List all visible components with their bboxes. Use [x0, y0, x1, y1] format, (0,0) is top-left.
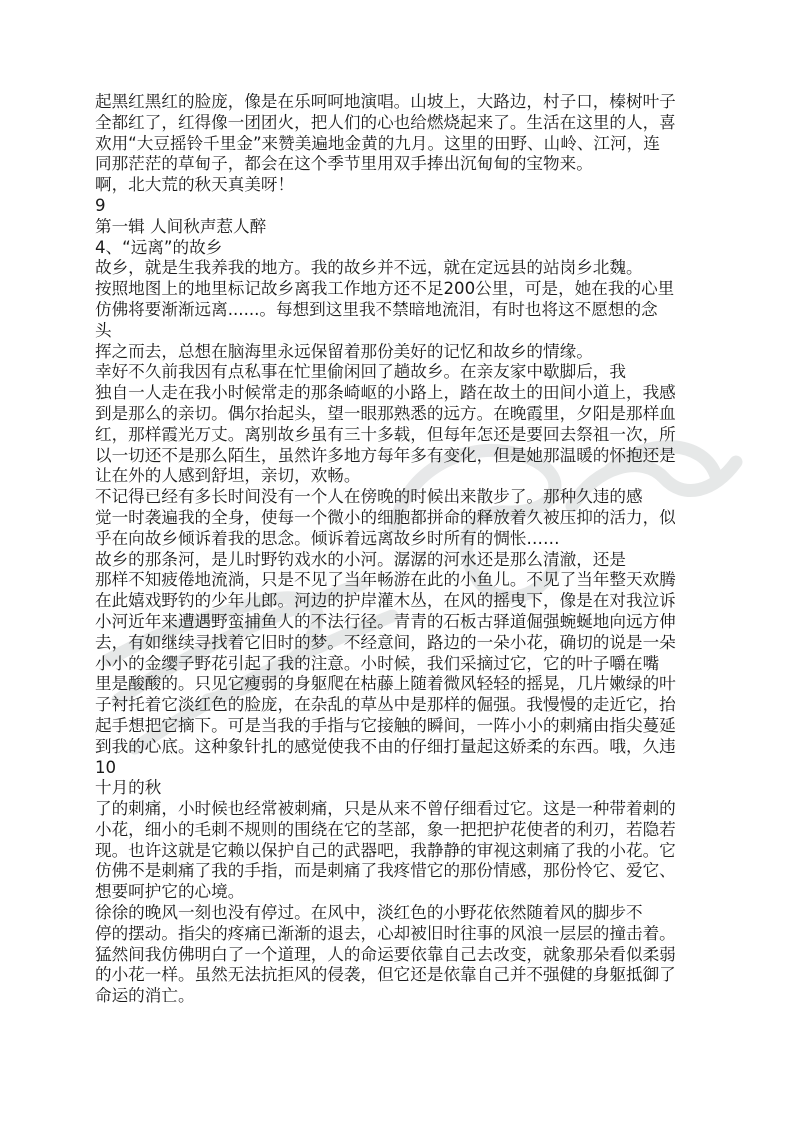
text-line: 起黑红黑红的脸庞，像是在乐呵呵地演唱。山坡上，大路边，村子口，榛树叶子	[95, 92, 711, 113]
text-line: 想要呵护它的心境。	[95, 882, 711, 903]
text-line: 猛然间我仿佛明白了一个道理，人的命运要依靠自己去改变，就象那朵看似柔弱	[95, 945, 711, 966]
section-heading: 第一辑 人间秋声惹人醉	[95, 217, 711, 238]
text-line: 到是那么的亲切。偶尔抬起头，望一眼那熟悉的远方。在晚霞里，夕阳是那样血	[95, 404, 711, 425]
text-line: 欢用“大豆摇铃千里金”来赞美遍地金黄的九月。这里的田野、山岭、江河，连	[95, 134, 711, 155]
text-line: 仿佛将要渐渐远离......。每想到这里我不禁暗地流泪，有时也将这不愿想的念	[95, 300, 711, 321]
book-title: 十月的秋	[95, 778, 711, 799]
text-line: 觉一时袭遍我的全身，使每一个微小的细胞都拼命的释放着久被压抑的活力，似	[95, 508, 711, 529]
text-line: 故乡，就是生我养我的地方。我的故乡并不远，就在定远县的站岗乡北魏。	[95, 258, 711, 279]
text-line: 挥之而去，总想在脑海里永远保留着那份美好的记忆和故乡的情缘。	[95, 342, 711, 363]
text-line: 了的刺痛，小时候也经常被刺痛，只是从来不曾仔细看过它。这是一种带着刺的	[95, 799, 711, 820]
text-line: 头	[95, 321, 711, 342]
text-line: 让在外的人感到舒坦，亲切，欢畅。	[95, 466, 711, 487]
text-line: 到我的心底。这种象针扎的感觉使我不由的仔细打量起这娇柔的东西。哦，久违	[95, 737, 711, 758]
text-line: 的小花一样。虽然无法抗拒风的侵袭，但它还是依靠自己并不强健的身躯抵御了	[95, 965, 711, 986]
text-line: 那样不知疲倦地流淌，只是不见了当年畅游在此的小鱼儿。不见了当年整天欢腾	[95, 570, 711, 591]
text-line: 停的摆动。指尖的疼痛已渐渐的退去，心却被旧时往事的风浪一层层的撞击着。	[95, 924, 711, 945]
text-line: 仿佛不是刺痛了我的手指，而是刺痛了我疼惜它的那份情感，那份怜它、爱它、	[95, 861, 711, 882]
text-line: 同那茫茫的草甸子，都会在这个季节里用双手捧出沉甸甸的宝物来。	[95, 154, 711, 175]
document-page: 起黑红黑红的脸庞，像是在乐呵呵地演唱。山坡上，大路边，村子口，榛树叶子 全都红了…	[0, 0, 793, 1122]
text-line: 起手想把它摘下。可是当我的手指与它接触的瞬间，一阵小小的刺痛由指尖蔓延	[95, 716, 711, 737]
text-line: 在此嬉戏野钓的少年儿郎。河边的护岸灌木丛，在风的摇曳下，像是在对我泣诉	[95, 591, 711, 612]
text-line: 独自一人走在我小时候常走的那条崎岖的小路上，踏在故土的田间小道上，我感	[95, 383, 711, 404]
page-number: 9	[95, 196, 711, 217]
text-line: 乎在向故乡倾诉着我的思念。倾诉着远离故乡时所有的惆怅……	[95, 529, 711, 550]
text-line: 徐徐的晚风一刻也没有停过。在风中，淡红色的小野花依然随着风的脚步不	[95, 903, 711, 924]
text-line: 以一切还不是那么陌生，虽然许多地方每年多有变化，但是她那温暖的怀抱还是	[95, 446, 711, 467]
text-line: 小花，细小的毛刺不规则的围绕在它的茎部，象一把把护花使者的利刃，若隐若	[95, 820, 711, 841]
page-text: 起黑红黑红的脸庞，像是在乐呵呵地演唱。山坡上，大路边，村子口，榛树叶子 全都红了…	[95, 92, 711, 1007]
text-line: 现。也许这就是它赖以保护自己的武器吧，我静静的审视这刺痛了我的小花。它	[95, 841, 711, 862]
text-line: 全都红了，红得像一团团火，把人们的心也给燃烧起来了。生活在这里的人，喜	[95, 113, 711, 134]
text-line: 里是酸酸的。只见它瘦弱的身躯爬在枯藤上随着微风轻轻的摇晃，几片嫩绿的叶	[95, 674, 711, 695]
text-line: 红，那样霞光万丈。离别故乡虽有三十多载，但每年怎还是要回去祭祖一次，所	[95, 425, 711, 446]
text-line: 命运的消亡。	[95, 986, 711, 1007]
text-line: 小河近年来遭遇野蛮捕鱼人的不法行径。青青的石板古驿道倔强蜿蜒地向远方伸	[95, 612, 711, 633]
text-line: 故乡的那条河，是儿时野钓戏水的小河。潺潺的河水还是那么清澈，还是	[95, 550, 711, 571]
text-line: 去，有如继续寻找着它旧时的梦。不经意间，路边的一朵小花，确切的说是一朵	[95, 633, 711, 654]
text-line: 啊，北大荒的秋天真美呀！	[95, 175, 711, 196]
text-line: 小小的金缨子野花引起了我的注意。小时候，我们采摘过它，它的叶子嚼在嘴	[95, 654, 711, 675]
text-line: 按照地图上的地里标记故乡离我工作地方还不足200公里，可是，她在我的心里	[95, 279, 711, 300]
chapter-title: 4、“远离”的故乡	[95, 238, 711, 259]
page-number: 10	[95, 758, 711, 779]
text-line: 不记得已经有多长时间没有一个人在傍晚的时候出来散步了。那种久违的感	[95, 487, 711, 508]
text-line: 幸好不久前我因有点私事在忙里偷闲回了趟故乡。在亲友家中歇脚后，我	[95, 362, 711, 383]
text-line: 子衬托着它淡红色的脸庞，在杂乱的草丛中是那样的倔强。我慢慢的走近它，抬	[95, 695, 711, 716]
